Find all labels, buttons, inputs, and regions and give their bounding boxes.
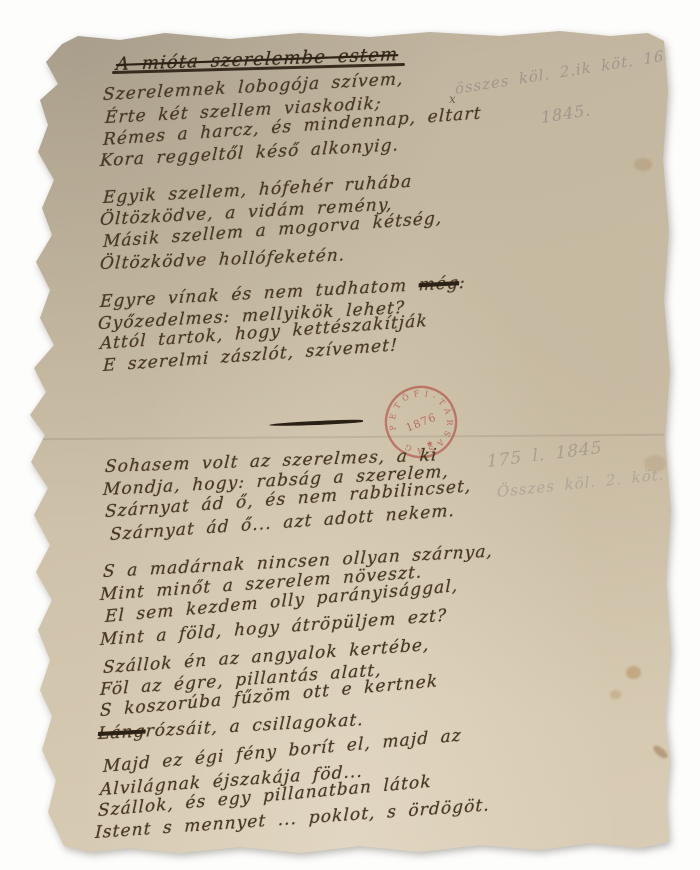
pencil-note-mid-2: Összes köl. 2. köt. — [497, 465, 665, 501]
insert-x-mark: x — [449, 92, 456, 106]
foxing-stain — [610, 690, 621, 699]
line-text: : — [459, 273, 467, 293]
edge-speck — [23, 95, 28, 103]
struck-word: még — [418, 273, 459, 295]
stamp-year: 1876 — [404, 410, 439, 434]
paper-crease — [36, 434, 664, 440]
edge-speck — [26, 422, 30, 428]
manuscript-photo: A mióta szerelembe estem összes köl. 2.i… — [0, 0, 700, 870]
edge-speck — [21, 359, 25, 366]
foxing-stain — [634, 158, 652, 171]
pencil-note-top-1: összes köl. 2.ik köt. 168 l. — [454, 42, 696, 98]
struck-word: Láng — [97, 721, 146, 744]
pencil-note-mid-1: 175 l. 1845 — [486, 438, 603, 472]
foxing-stain — [626, 666, 641, 679]
ink-divider-stroke — [269, 419, 363, 427]
pencil-note-top-2: 1845. — [540, 100, 592, 127]
foxing-stain — [651, 743, 669, 760]
manuscript-paper: A mióta szerelembe estem összes köl. 2.i… — [0, 0, 700, 870]
